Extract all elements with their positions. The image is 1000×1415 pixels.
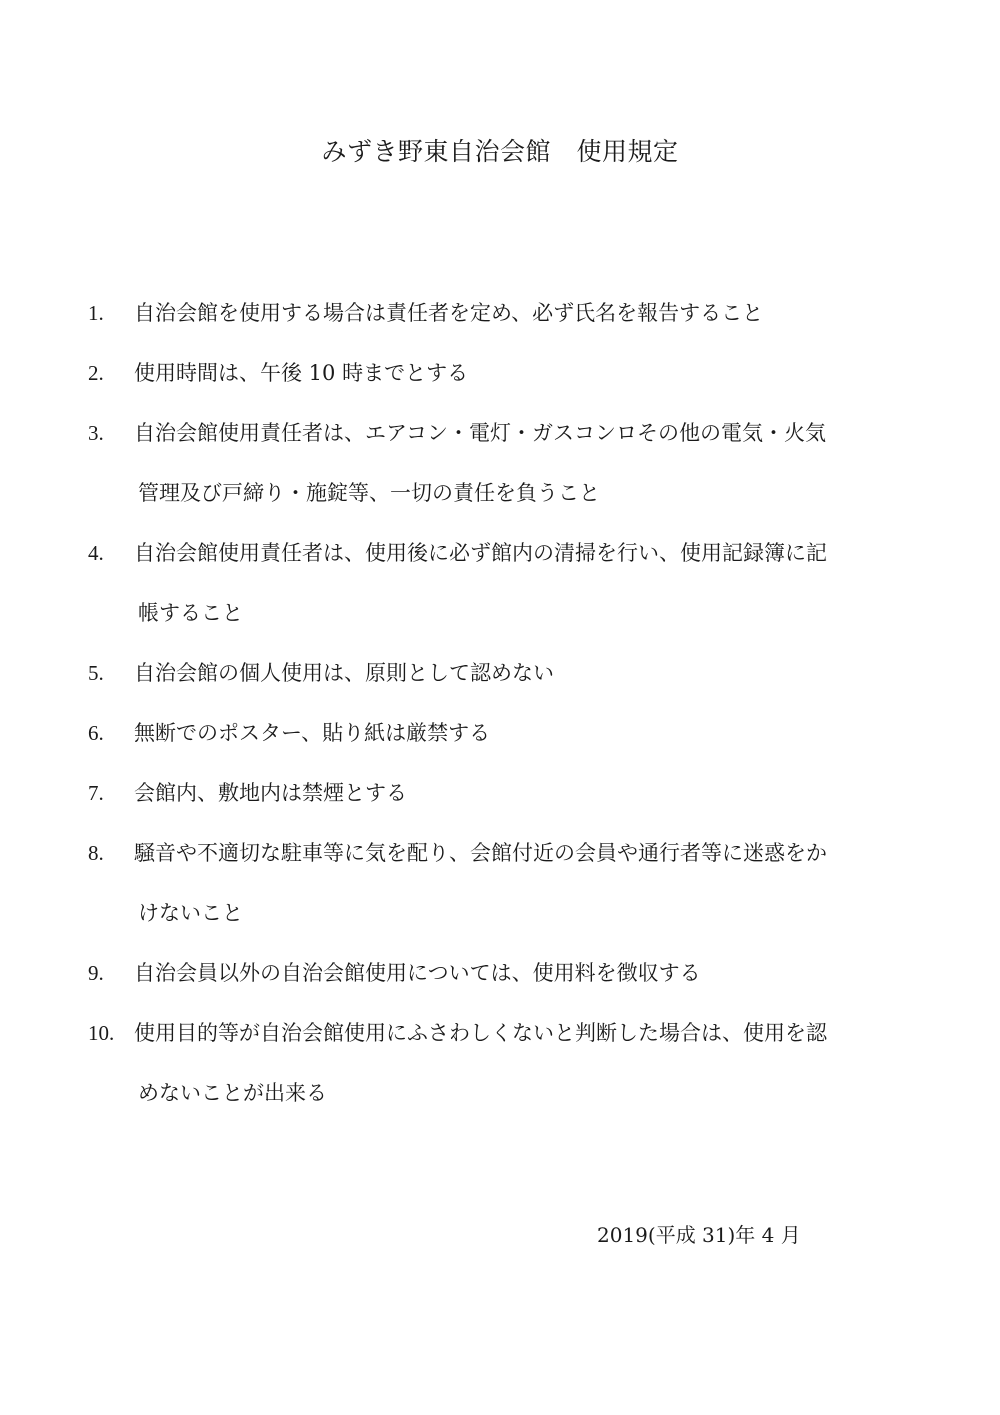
rules-list: 1.自治会館を使用する場合は責任者を定め、必ず氏名を報告すること 2.使用時間は… (88, 283, 928, 1123)
document-title: みずき野東自治会館 使用規定 (0, 134, 1000, 170)
rule-item-8: 8.騒音や不適切な駐車等に気を配り、会館付近の会員や通行者等に迷惑をか けないこ… (88, 823, 928, 943)
rule-number: 9. (88, 943, 134, 1003)
rule-text: 自治会館の個人使用は、原則として認めない (134, 643, 554, 703)
rule-item-9: 9.自治会員以外の自治会館使用については、使用料を徴収する (88, 943, 928, 1003)
rule-text: 自治会館使用責任者は、エアコン・電灯・ガスコンロその他の電気・火気 (134, 403, 826, 463)
rule-item-3: 3.自治会館使用責任者は、エアコン・電灯・ガスコンロその他の電気・火気 管理及び… (88, 403, 928, 523)
rule-text: 自治会員以外の自治会館使用については、使用料を徴収する (134, 943, 701, 1003)
rule-item-7: 7.会館内、敷地内は禁煙とする (88, 763, 928, 823)
rule-text: 会館内、敷地内は禁煙とする (134, 763, 407, 823)
rule-text-continuation: けないこと (88, 883, 928, 943)
rule-item-10: 10.使用目的等が自治会館使用にふさわしくないと判断した場合は、使用を認 めない… (88, 1003, 928, 1123)
rule-number: 3. (88, 403, 134, 463)
rule-number: 8. (88, 823, 134, 883)
rule-text: 使用目的等が自治会館使用にふさわしくないと判断した場合は、使用を認 (134, 1003, 827, 1063)
rule-text: 使用時間は、午後 10 時までとする (134, 343, 468, 403)
rule-number: 4. (88, 523, 134, 583)
rule-text-continuation: めないことが出来る (88, 1063, 928, 1123)
rule-text-continuation: 管理及び戸締り・施錠等、一切の責任を負うこと (88, 463, 928, 523)
rule-text: 騒音や不適切な駐車等に気を配り、会館付近の会員や通行者等に迷惑をか (134, 823, 827, 883)
rule-text: 自治会館を使用する場合は責任者を定め、必ず氏名を報告すること (134, 283, 763, 343)
rule-item-4: 4.自治会館使用責任者は、使用後に必ず館内の清掃を行い、使用記録簿に記 帳するこ… (88, 523, 928, 643)
rule-number: 5. (88, 643, 134, 703)
rule-text-continuation: 帳すること (88, 583, 928, 643)
rule-number: 10. (88, 1003, 134, 1063)
rule-text: 自治会館使用責任者は、使用後に必ず館内の清掃を行い、使用記録簿に記 (134, 523, 827, 583)
rule-number: 2. (88, 343, 134, 403)
document-page: みずき野東自治会館 使用規定 1.自治会館を使用する場合は責任者を定め、必ず氏名… (0, 0, 1000, 1415)
rule-item-1: 1.自治会館を使用する場合は責任者を定め、必ず氏名を報告すること (88, 283, 928, 343)
document-date: 2019(平成 31)年 4 月 (597, 1219, 801, 1251)
rule-number: 1. (88, 283, 134, 343)
rule-text: 無断でのポスター、貼り紙は厳禁する (134, 703, 490, 763)
rule-item-5: 5.自治会館の個人使用は、原則として認めない (88, 643, 928, 703)
rule-number: 6. (88, 703, 134, 763)
rule-item-6: 6.無断でのポスター、貼り紙は厳禁する (88, 703, 928, 763)
rule-item-2: 2.使用時間は、午後 10 時までとする (88, 343, 928, 403)
rule-number: 7. (88, 763, 134, 823)
